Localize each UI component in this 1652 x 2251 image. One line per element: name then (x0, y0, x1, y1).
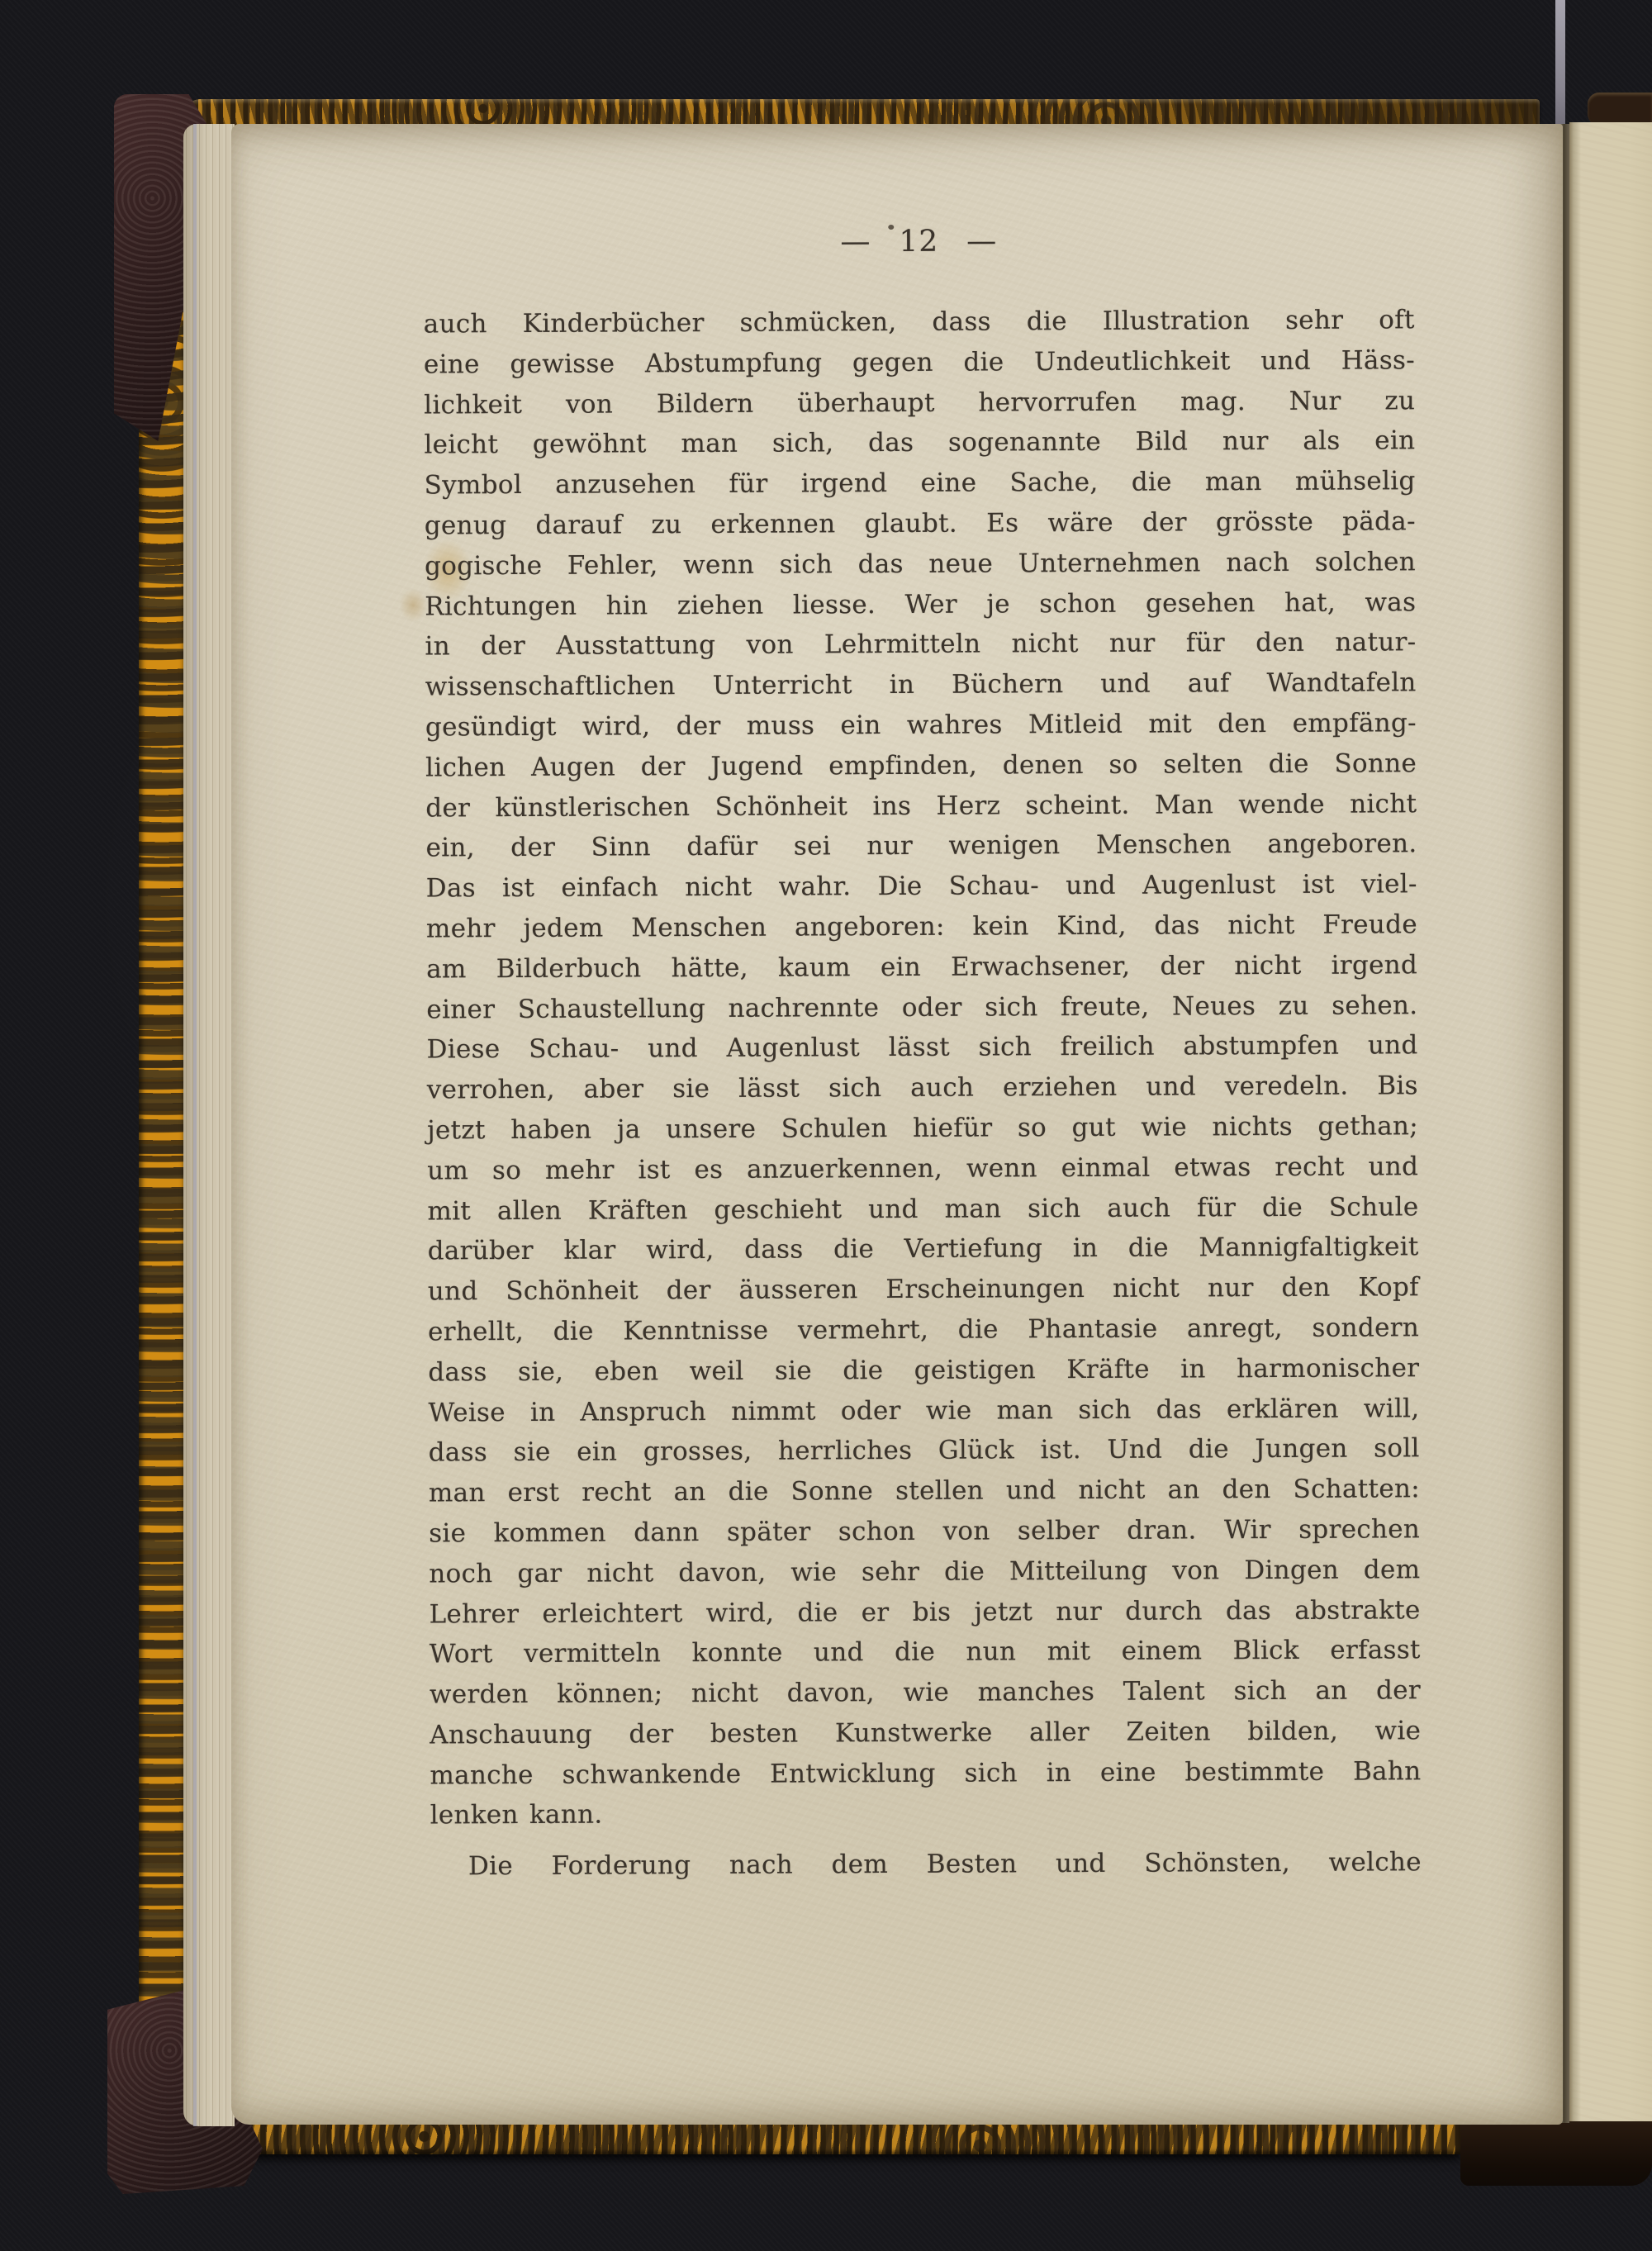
facing-page-edge (1569, 122, 1652, 2121)
text-line: lichen Augen der Jugend empfinden, denen… (425, 743, 1417, 788)
text-line: Richtungen hin ziehen liesse. Wer je sch… (425, 582, 1416, 627)
text-line: in der Ausstattung von Lehrmitteln nicht… (425, 623, 1416, 667)
text-line: jetzt haben ja unsere Schulen hiefür so … (427, 1106, 1418, 1151)
text-line: der künstlerischen Schönheit ins Herz sc… (425, 784, 1417, 829)
text-line: eine gewisse Abstumpfung gegen die Undeu… (424, 340, 1415, 385)
text-line: Die Forderung nach dem Besten und Schöns… (430, 1843, 1422, 1888)
text-line: einer Schaustellung nachrennte oder sich… (426, 985, 1417, 1030)
text-line: Lehrer erleichtert wird, die er bis jetz… (429, 1590, 1420, 1635)
text-line: Weise in Anspruch nimmt oder wie man sic… (428, 1389, 1419, 1433)
text-line: man erst recht an die Sonne stellen und … (429, 1469, 1420, 1513)
text-line: mit allen Kräften geschieht und man sich… (427, 1187, 1418, 1232)
book-bottom-edge-marbled (197, 2125, 1460, 2154)
text-line: darüber klar wird, dass die Vertiefung i… (428, 1228, 1419, 1272)
text-line: auch Kinderbücher schmücken, dass die Il… (424, 300, 1415, 344)
paragraph: auch Kinderbücher schmücken, dass die Il… (424, 300, 1422, 1835)
book-bottom-shadow-right (1460, 2118, 1652, 2186)
page-number-dash-right: — (966, 224, 997, 258)
page-number-value: 12 (899, 225, 938, 259)
text-line: Symbol anzusehen für irgend eine Sache, … (425, 461, 1416, 506)
text-line: lichkeit von Bildern überhaupt hervorruf… (424, 381, 1415, 425)
book-cover-edge-right (1588, 93, 1652, 126)
text-line: gesündigt wird, der muss ein wahres Mitl… (425, 703, 1417, 748)
paragraph: Die Forderung nach dem Besten und Schöns… (430, 1843, 1422, 1888)
scan-background: —12— auch Kinderbücher schmücken, dass d… (0, 0, 1652, 2251)
page-edge-blue-line (193, 124, 197, 2126)
text-line: wissenschaftlichen Unterricht in Büchern… (425, 662, 1417, 707)
text-line: Anschauung der besten Kunstwerke aller Z… (430, 1711, 1421, 1755)
text-line: dass sie, eben weil sie die geistigen Kr… (428, 1348, 1419, 1393)
text-line: dass sie ein grosses, herrliches Glück i… (429, 1429, 1420, 1474)
paper-stain (399, 588, 427, 621)
text-line: und Schönheit der äusseren Erscheinungen… (428, 1267, 1419, 1312)
text-line: werden können; nicht davon, wie manches … (430, 1670, 1421, 1715)
text-line: noch gar nicht davon, wie sehr die Mitte… (429, 1550, 1420, 1594)
text-line: sie kommen dann später schon von selber … (429, 1509, 1420, 1554)
text-line: Wort vermitteln konnte und die nun mit e… (430, 1631, 1421, 1675)
text-line: lenken kann. (430, 1792, 1422, 1836)
text-line: um so mehr ist es anzuerkennen, wenn ein… (427, 1147, 1418, 1191)
text-line: mehr jedem Menschen angeboren: kein Kind… (426, 905, 1417, 949)
text-line: ein, der Sinn dafür sei nur wenigen Mens… (425, 824, 1417, 869)
page-gutter-ribbon (1555, 0, 1565, 131)
page-number: —12— (423, 219, 1414, 264)
text-line: verrohen, aber sie lässt sich auch erzie… (427, 1066, 1418, 1110)
text-line: manche schwankende Entwicklung sich in e… (430, 1751, 1421, 1796)
text-line: leicht gewöhnt man sich, das sogenannte … (424, 421, 1415, 466)
text-line: erhellt, die Kenntnisse vermehrt, die Ph… (428, 1308, 1419, 1352)
book-page: —12— auch Kinderbücher schmücken, dass d… (231, 124, 1563, 2125)
text-line: gogische Fehler, wenn sich das neue Unte… (425, 542, 1416, 586)
text-line: Das ist einfach nicht wahr. Die Schau- u… (426, 864, 1417, 909)
page-content: —12— auch Kinderbücher schmücken, dass d… (227, 121, 1568, 2127)
text-line: genug darauf zu erkennen glaubt. Es wäre… (425, 501, 1416, 546)
text-line: am Bilderbuch hätte, kaum ein Erwachsene… (426, 945, 1417, 990)
page-number-dash-left: — (840, 225, 871, 259)
page-edges-stack (183, 124, 235, 2126)
page-text: auch Kinderbücher schmücken, dass die Il… (424, 300, 1422, 1887)
text-line: Diese Schau- und Augenlust lässt sich fr… (426, 1026, 1417, 1071)
